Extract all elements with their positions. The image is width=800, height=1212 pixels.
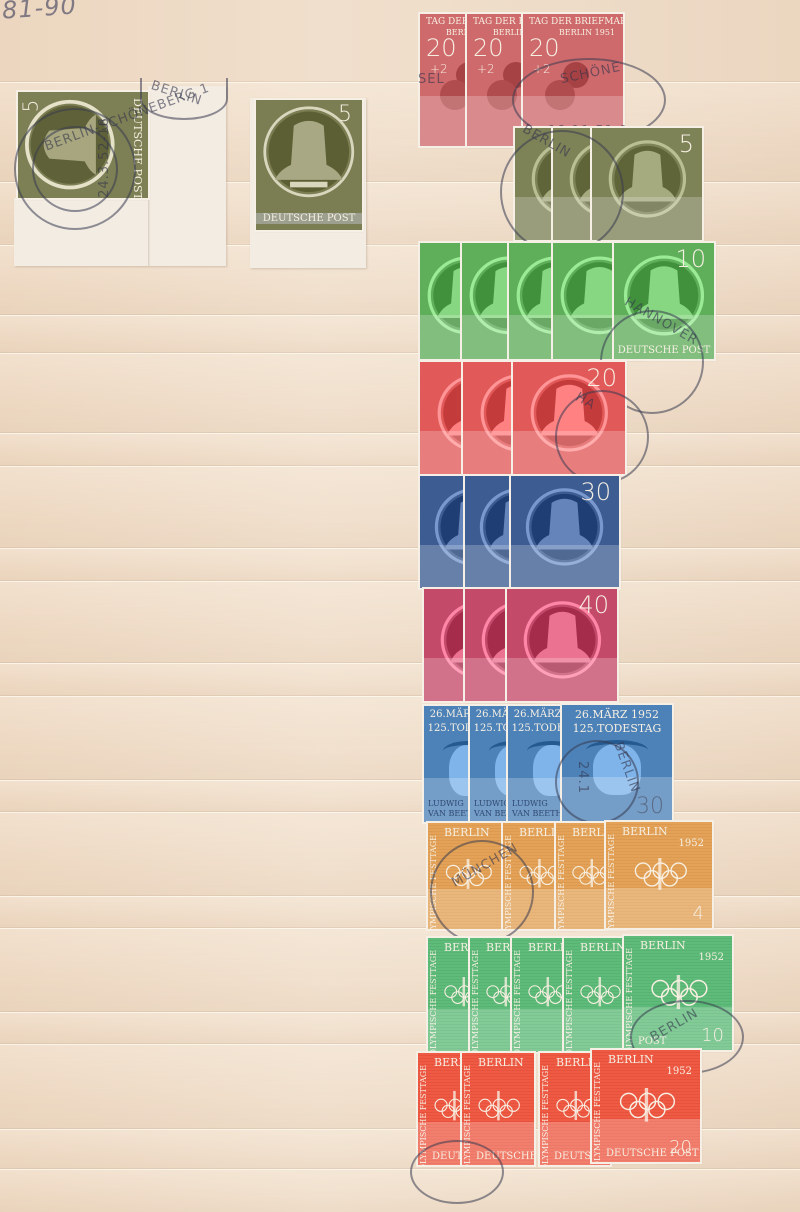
stock-strip <box>0 581 800 664</box>
stamp-bell-30-row[interactable]: 30 <box>511 476 619 588</box>
olympic-rings-icon <box>611 1088 687 1122</box>
stamp-lower-fade <box>511 545 619 588</box>
stamp-tag-der-briefmarke[interactable]: TAG DER BRIEFMARKEBERLIN 195120+2 <box>523 14 623 146</box>
stock-strip <box>0 466 800 549</box>
denomination: 5 <box>18 100 42 113</box>
stamp-subtitle: BERLIN 1951 <box>559 28 615 37</box>
denomination: 20 <box>473 34 504 62</box>
stamp-bell-5-cancelled[interactable]: 5 DEUTSCHE POST <box>18 92 148 198</box>
stamp-olympic-20-row[interactable]: BERLINVOROLYMPISCHE FESTTAGE 195220DEUTS… <box>592 1050 700 1162</box>
stamp-bell-40-row[interactable]: 40 <box>507 589 617 701</box>
denomination: 20 <box>426 34 457 62</box>
stamp-line2: 125.TODESTAG <box>562 722 672 735</box>
stamp-year: 1952 <box>667 1066 692 1077</box>
denomination: 20 <box>586 364 617 392</box>
surcharge: +2 <box>430 62 448 76</box>
stockbook-page: 81-90 5 DEUTSCHE POST BERLIN-SCHÖNEBERG … <box>0 0 800 1212</box>
denomination: 10 <box>675 245 706 273</box>
stamp-lower-fade <box>513 431 625 474</box>
denomination: 20 <box>529 34 560 62</box>
stamp-year: 1952 <box>699 952 724 963</box>
stamp-olympic-20-row[interactable]: BERLINVOROLYMPISCHE FESTTAGE DEUTSCHE PO… <box>462 1053 534 1165</box>
stamp-title: BERLIN <box>622 825 712 838</box>
stamp-olympic-4-row[interactable]: BERLINVOROLYMPISCHE FESTTAGE <box>428 823 508 929</box>
stamp-lower-fade <box>428 889 508 929</box>
stamp-olympic-4-row[interactable]: BERLINVOROLYMPISCHE FESTTAGE 19524 <box>606 822 712 928</box>
inscription: DEUTSCHE POST <box>614 345 714 356</box>
stamp-title: BERLIN <box>444 826 508 839</box>
stock-strip <box>0 663 800 697</box>
inscription: DEUTSCHE POST <box>606 1148 700 1159</box>
sheet-margin <box>148 86 226 266</box>
surcharge: +2 <box>477 62 495 76</box>
stamp-title: BERLIN <box>608 1053 700 1066</box>
olympic-rings-icon <box>625 858 699 890</box>
olympic-rings-icon <box>643 975 719 1009</box>
stamp-title: TAG DER BRIEFMARKE <box>529 17 623 27</box>
denomination: 4 <box>693 903 704 924</box>
denomination: 30 <box>580 478 611 506</box>
stamp-bell-5-mint[interactable]: 5 DEUTSCHE POST <box>256 100 362 230</box>
denomination: 5 <box>338 102 352 127</box>
stamp-beethoven[interactable]: 26.MÄRZ 1952125.TODESTAG30 <box>562 705 672 821</box>
inscription: POST <box>638 1036 732 1047</box>
stamp-lower-fade <box>592 197 702 240</box>
stamp-lower-fade <box>507 658 617 701</box>
stamp-olympic-10-row[interactable]: BERLINVOROLYMPISCHE FESTTAGE 195210POST <box>624 936 732 1050</box>
stamp-year: 1952 <box>679 838 704 849</box>
handwritten-note: 81-90 <box>1 0 78 25</box>
denomination: 30 <box>636 794 664 819</box>
stamp-title: BERLIN <box>640 939 732 952</box>
stamp-bell-5-row[interactable]: 5 <box>592 128 702 240</box>
stock-strip <box>0 780 800 813</box>
stamp-line1: 26.MÄRZ 1952 <box>562 708 672 721</box>
denomination: 5 <box>679 130 694 158</box>
stock-strip <box>0 548 800 582</box>
stock-strip <box>0 353 800 434</box>
sheet-margin <box>14 198 148 266</box>
stock-strip <box>0 433 800 467</box>
inscription: DEUTSCHE POST <box>476 1151 534 1162</box>
olympic-rings-icon <box>442 859 498 891</box>
olympic-rings-icon <box>577 977 626 1011</box>
olympic-rings-icon <box>475 1091 525 1125</box>
laurel-wreath <box>586 740 648 760</box>
stamp-title: BERLIN <box>478 1056 534 1069</box>
surcharge: +2 <box>533 62 551 76</box>
stamp-bell-10-row[interactable]: 10DEUTSCHE POST <box>614 243 714 359</box>
stamp-bell-20-row[interactable]: 20 <box>513 362 625 474</box>
stock-strip <box>0 1169 800 1212</box>
inscription: DEUTSCHE POST <box>131 98 144 198</box>
stock-strip <box>0 696 800 781</box>
inscription: DEUTSCHE POST <box>256 213 362 224</box>
denomination: 40 <box>578 591 609 619</box>
